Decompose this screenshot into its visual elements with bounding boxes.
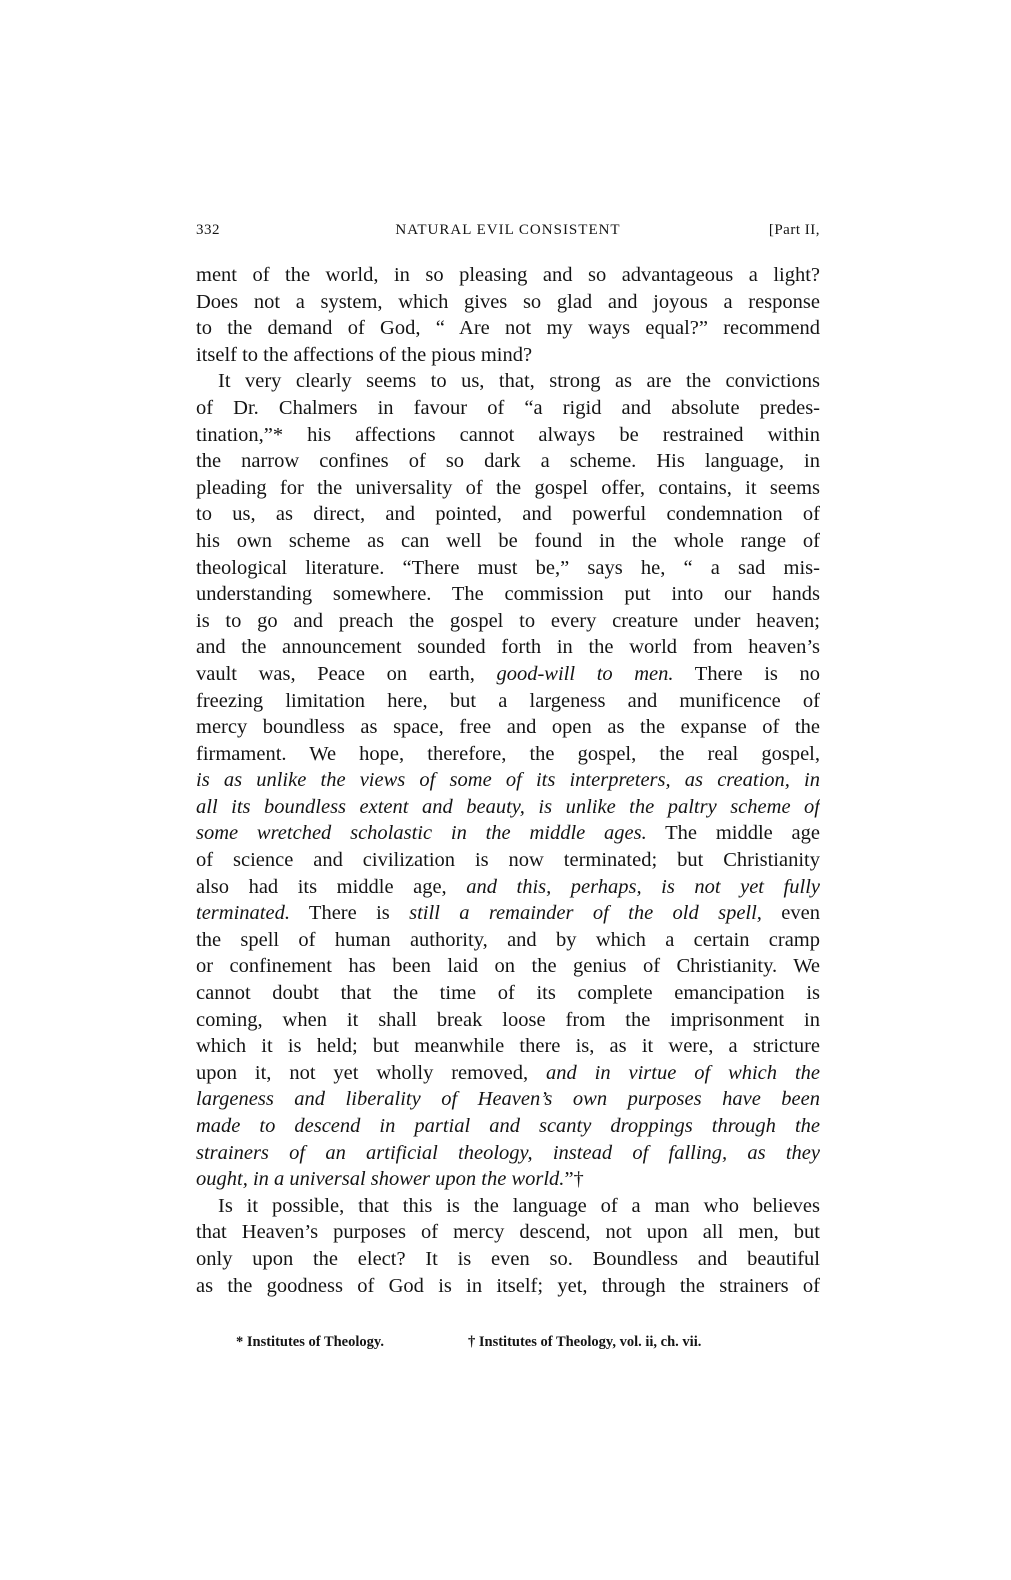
body-text: ment of the world, in so pleasing and so… — [196, 262, 820, 1299]
text-segment: as the goodness of God is in itself; yet… — [196, 1275, 820, 1297]
text-segment: It very clearly seems to us, that, stron… — [218, 370, 820, 392]
text-line: to the demand of God, “ Are not my ways … — [196, 315, 820, 342]
text-line: of science and civilization is now termi… — [196, 847, 820, 874]
text-line: the spell of human authority, and by whi… — [196, 927, 820, 954]
text-line: coming, when it shall break loose from t… — [196, 1007, 820, 1034]
text-line: firmament. We hope, therefore, the gospe… — [196, 741, 820, 768]
text-line: vault was, Peace on earth, good-will to … — [196, 661, 820, 688]
text-segment: cannot doubt that the time of its comple… — [196, 982, 820, 1004]
text-segment: Does not a system, which gives so glad a… — [196, 291, 820, 313]
text-segment: ”† — [564, 1168, 583, 1190]
text-segment: tination,”* his affections cannot always… — [196, 424, 820, 446]
text-segment: ment of the world, in so pleasing and so… — [196, 264, 820, 286]
text-segment: There is no — [674, 663, 820, 685]
text-segment: of Dr. Chalmers in favour of “a rigid an… — [196, 397, 820, 419]
text-line: ought, in a universal shower upon the wo… — [196, 1166, 820, 1193]
italic-text: largeness and liberality of Heaven’s own… — [196, 1088, 820, 1110]
text-line: terminated. There is still a remainder o… — [196, 900, 820, 927]
text-segment: or confinement has been laid on the geni… — [196, 955, 820, 977]
text-segment: and the announcement sounded forth in th… — [196, 636, 820, 658]
text-line: that Heaven’s purposes of mercy descend,… — [196, 1219, 820, 1246]
text-line: strainers of an artificial theology, ins… — [196, 1140, 820, 1167]
text-line: which it is held; but meanwhile there is… — [196, 1033, 820, 1060]
text-segment: the narrow confines of so dark a scheme.… — [196, 450, 820, 472]
text-segment: coming, when it shall break loose from t… — [196, 1009, 820, 1031]
text-segment: pleading for the universality of the gos… — [196, 477, 820, 499]
running-title: NATURAL EVIL CONSISTENT — [196, 222, 820, 239]
text-line: all its boundless extent and beauty, is … — [196, 794, 820, 821]
italic-text: ought, in a universal shower upon the wo… — [196, 1168, 564, 1190]
text-line: understanding somewhere. The commission … — [196, 581, 820, 608]
text-segment: also had its middle age, — [196, 876, 466, 898]
italic-text: strainers of an artificial theology, ins… — [196, 1142, 820, 1164]
text-line: mercy boundless as space, free and open … — [196, 714, 820, 741]
text-line: cannot doubt that the time of its comple… — [196, 980, 820, 1007]
text-segment: is to go and preach the gospel to every … — [196, 610, 820, 632]
text-segment: vault was, Peace on earth, — [196, 663, 496, 685]
text-line: It very clearly seems to us, that, stron… — [196, 368, 820, 395]
part-label: [Part II, — [769, 222, 820, 239]
text-segment: understanding somewhere. The commission … — [196, 583, 820, 605]
text-segment: The middle age — [647, 822, 820, 844]
text-line: pleading for the universality of the gos… — [196, 475, 820, 502]
text-segment: upon it, not yet wholly removed, — [196, 1062, 546, 1084]
text-line: ment of the world, in so pleasing and so… — [196, 262, 820, 289]
text-line: made to descend in partial and scanty dr… — [196, 1113, 820, 1140]
text-segment: mercy boundless as space, free and open … — [196, 716, 820, 738]
text-line: Is it possible, that this is the languag… — [196, 1193, 820, 1220]
italic-text: all its boundless extent and beauty, is … — [196, 796, 820, 818]
text-line: his own scheme as can well be found in t… — [196, 528, 820, 555]
text-line: itself to the affections of the pious mi… — [196, 342, 820, 369]
text-segment: firmament. We hope, therefore, the gospe… — [196, 743, 820, 765]
text-line: as the goodness of God is in itself; yet… — [196, 1273, 820, 1300]
text-line: or confinement has been laid on the geni… — [196, 953, 820, 980]
italic-text: and this, perhaps, is not yet fully — [466, 876, 820, 898]
text-segment: that Heaven’s purposes of mercy descend,… — [196, 1221, 820, 1243]
italic-text: some wretched scholastic in the middle a… — [196, 822, 647, 844]
footnotes: * Institutes of Theology. † Institutes o… — [196, 1334, 820, 1354]
text-line: tination,”* his affections cannot always… — [196, 422, 820, 449]
text-line: theological literature. “There must be,”… — [196, 555, 820, 582]
text-line: the narrow confines of so dark a scheme.… — [196, 448, 820, 475]
text-segment: even — [762, 902, 820, 924]
text-segment: Is it possible, that this is the languag… — [218, 1195, 820, 1217]
footnote-1: * Institutes of Theology. — [236, 1334, 384, 1351]
text-segment: the spell of human authority, and by whi… — [196, 929, 820, 951]
text-segment: itself to the affections of the pious mi… — [196, 344, 532, 366]
text-segment: his own scheme as can well be found in t… — [196, 530, 820, 552]
text-segment: theological literature. “There must be,”… — [196, 557, 820, 579]
text-line: only upon the elect? It is even so. Boun… — [196, 1246, 820, 1273]
text-segment: only upon the elect? It is even so. Boun… — [196, 1248, 820, 1270]
footnote-2: † Institutes of Theology, vol. ii, ch. v… — [468, 1334, 701, 1351]
text-line: largeness and liberality of Heaven’s own… — [196, 1086, 820, 1113]
running-header: 332 NATURAL EVIL CONSISTENT [Part II, — [196, 222, 820, 244]
text-segment: of science and civilization is now termi… — [196, 849, 820, 871]
italic-text: is as unlike the views of some of its in… — [196, 769, 820, 791]
text-segment: to us, as direct, and pointed, and power… — [196, 503, 820, 525]
text-line: upon it, not yet wholly removed, and in … — [196, 1060, 820, 1087]
text-line: Does not a system, which gives so glad a… — [196, 289, 820, 316]
text-line: of Dr. Chalmers in favour of “a rigid an… — [196, 395, 820, 422]
text-line: is as unlike the views of some of its in… — [196, 767, 820, 794]
italic-text: still a remainder of the old spell, — [409, 902, 762, 924]
italic-text: made to descend in partial and scanty dr… — [196, 1115, 820, 1137]
text-segment: to the demand of God, “ Are not my ways … — [196, 317, 820, 339]
italic-text: terminated. — [196, 902, 290, 924]
text-line: is to go and preach the gospel to every … — [196, 608, 820, 635]
text-line: and the announcement sounded forth in th… — [196, 634, 820, 661]
text-segment: which it is held; but meanwhile there is… — [196, 1035, 820, 1057]
text-line: to us, as direct, and pointed, and power… — [196, 501, 820, 528]
text-segment: freezing limitation here, but a largenes… — [196, 690, 820, 712]
text-line: some wretched scholastic in the middle a… — [196, 820, 820, 847]
italic-text: and in virtue of which the — [546, 1062, 820, 1084]
text-line: also had its middle age, and this, perha… — [196, 874, 820, 901]
text-line: freezing limitation here, but a largenes… — [196, 688, 820, 715]
italic-text: good-will to men. — [496, 663, 673, 685]
text-segment: There is — [290, 902, 409, 924]
